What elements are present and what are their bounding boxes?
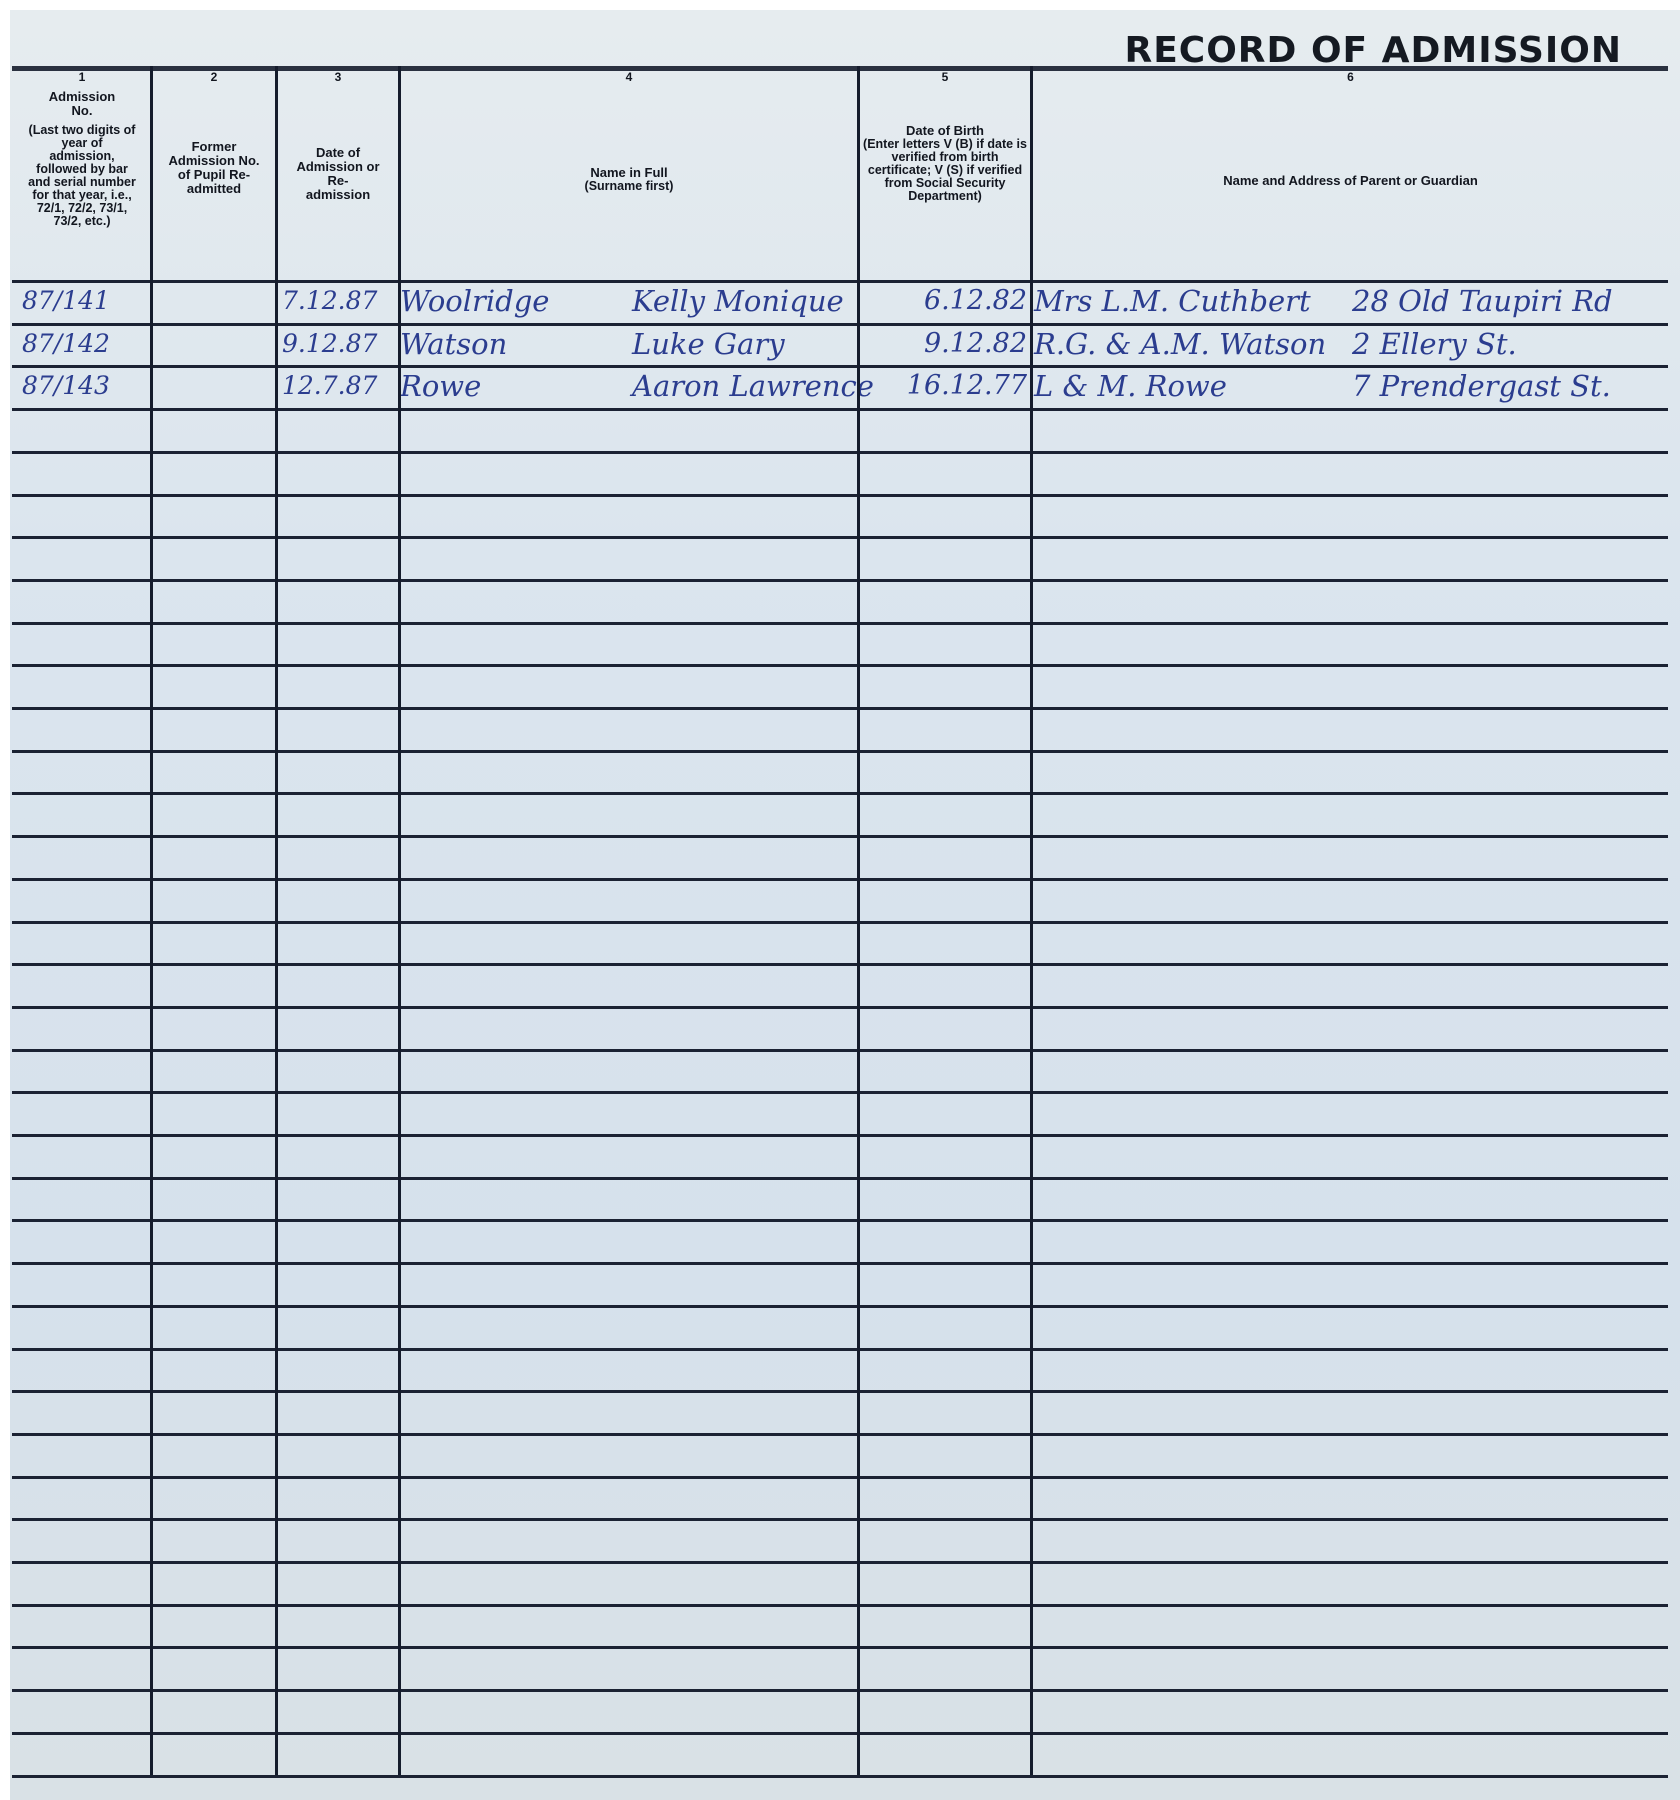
row-rule xyxy=(12,1646,1668,1649)
column-number: 3 xyxy=(278,70,398,84)
column-note: (Surname first) xyxy=(401,180,857,193)
column-number: 5 xyxy=(860,70,1030,84)
given-names-cell: Aaron Lawrence xyxy=(632,371,874,401)
column-header-date-of-admission: 3 Date of Admission or Re-admission xyxy=(278,70,398,202)
column-number: 6 xyxy=(1033,70,1668,84)
row-rule xyxy=(12,1732,1668,1735)
parent-name-cell: L & M. Rowe xyxy=(1034,371,1227,401)
date-of-admission-cell: 12.7.87 xyxy=(282,371,377,401)
column-rule xyxy=(398,66,401,1775)
column-number: 2 xyxy=(153,70,275,84)
column-number: 1 xyxy=(14,70,150,84)
row-rule xyxy=(12,835,1668,838)
column-note: (Last two digits of year of admission, f… xyxy=(14,124,150,228)
row-rule xyxy=(12,707,1668,710)
column-label: Name and Address of Parent or Guardian xyxy=(1033,174,1668,188)
admission-register-table: 1 Admission No. (Last two digits of year… xyxy=(0,0,1680,1800)
row-rule xyxy=(12,408,1668,411)
row-rule xyxy=(12,1348,1668,1351)
row-rule xyxy=(12,1476,1668,1479)
column-label: Date of Birth xyxy=(860,124,1030,138)
row-rule xyxy=(12,750,1668,753)
row-rule xyxy=(12,536,1668,539)
row-rule xyxy=(12,963,1668,966)
admission-no-cell: 87/141 xyxy=(22,286,110,316)
row-rule xyxy=(12,622,1668,625)
row-rule xyxy=(12,1006,1668,1009)
row-rule xyxy=(12,1433,1668,1436)
row-rule xyxy=(12,280,1668,283)
row-rule xyxy=(12,664,1668,667)
row-rule xyxy=(12,1604,1668,1607)
surname-cell: Rowe xyxy=(400,371,481,401)
row-rule xyxy=(12,1518,1668,1521)
column-rule xyxy=(275,66,278,1775)
row-rule xyxy=(12,792,1668,795)
row-rule xyxy=(12,323,1668,326)
header-top-rule xyxy=(12,66,1668,71)
admission-no-cell: 87/142 xyxy=(22,329,110,359)
column-label: Admission No. xyxy=(14,90,150,118)
date-of-admission-cell: 9.12.87 xyxy=(282,329,377,359)
row-rule xyxy=(12,1390,1668,1393)
column-number: 4 xyxy=(401,70,857,84)
date-of-admission-cell: 7.12.87 xyxy=(282,286,377,316)
row-rule xyxy=(12,365,1668,368)
column-rule xyxy=(1030,66,1033,1775)
row-rule xyxy=(12,1689,1668,1692)
row-rule xyxy=(12,1775,1668,1778)
row-rule xyxy=(12,1262,1668,1265)
date-of-birth-cell: 6.12.82 xyxy=(862,286,1027,316)
parent-address-cell: 7 Prendergast St. xyxy=(1352,371,1611,401)
column-note: (Enter letters V (B) if date is verified… xyxy=(860,138,1030,203)
row-rule xyxy=(12,1091,1668,1094)
given-names-cell: Kelly Monique xyxy=(632,286,844,316)
row-rule xyxy=(12,1561,1668,1564)
date-of-birth-cell: 16.12.77 xyxy=(862,371,1027,401)
column-header-admission-no: 1 Admission No. (Last two digits of year… xyxy=(14,70,150,228)
date-of-birth-cell: 9.12.82 xyxy=(862,329,1027,359)
row-rule xyxy=(12,1305,1668,1308)
column-label: Former Admission No. of Pupil Re-admitte… xyxy=(153,140,275,196)
row-rule xyxy=(12,579,1668,582)
row-rule xyxy=(12,1177,1668,1180)
column-header-date-of-birth: 5 Date of Birth (Enter letters V (B) if … xyxy=(860,70,1030,203)
parent-name-cell: Mrs L.M. Cuthbert xyxy=(1034,286,1311,316)
column-rule xyxy=(150,66,153,1775)
column-label: Date of Admission or Re-admission xyxy=(278,146,398,202)
parent-address-cell: 28 Old Taupiri Rd xyxy=(1352,286,1613,316)
column-header-former-admission-no: 2 Former Admission No. of Pupil Re-admit… xyxy=(153,70,275,196)
row-rule xyxy=(12,1219,1668,1222)
admission-no-cell: 87/143 xyxy=(22,371,110,401)
surname-cell: Watson xyxy=(400,329,507,359)
row-rule xyxy=(12,494,1668,497)
row-rule xyxy=(12,1134,1668,1137)
row-rule xyxy=(12,451,1668,454)
parent-address-cell: 2 Ellery St. xyxy=(1352,329,1517,359)
column-rule xyxy=(857,66,860,1775)
row-rule xyxy=(12,878,1668,881)
column-header-parent-guardian: 6 Name and Address of Parent or Guardian xyxy=(1033,70,1668,188)
parent-name-cell: R.G. & A.M. Watson xyxy=(1034,329,1326,359)
row-rule xyxy=(12,1049,1668,1052)
given-names-cell: Luke Gary xyxy=(632,329,785,359)
column-label: Name in Full xyxy=(401,166,857,180)
column-header-name-in-full: 4 Name in Full (Surname first) xyxy=(401,70,857,193)
surname-cell: Woolridge xyxy=(400,286,549,316)
row-rule xyxy=(12,921,1668,924)
